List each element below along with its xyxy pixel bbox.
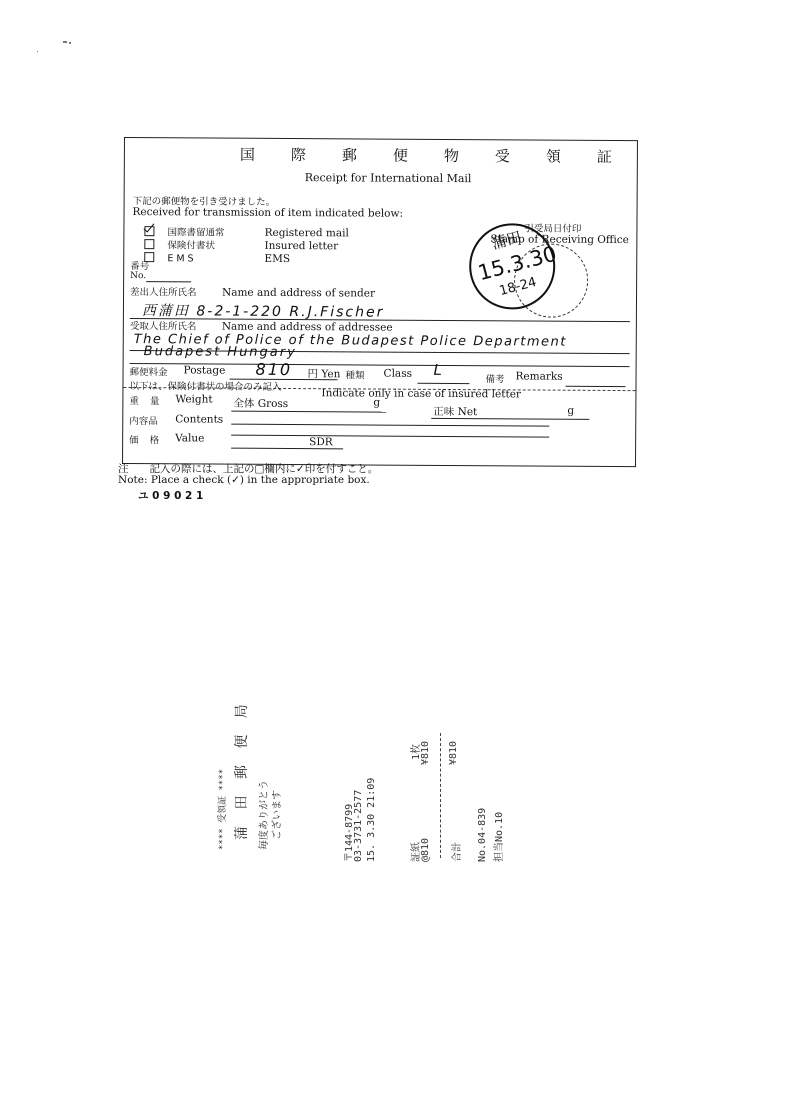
receipt-total-amount: ¥810 xyxy=(448,741,459,765)
postage-value[interactable]: 810 xyxy=(256,360,293,379)
value-label-en: Value xyxy=(175,432,204,444)
contents-field[interactable] xyxy=(231,424,549,427)
cash-register-receipt: **** 受領証 **** 蒲 田 郵 便 局 毎度ありがとう ございます 〒1… xyxy=(215,830,505,990)
item-type-ems[interactable]: EMS EMS xyxy=(144,246,290,266)
insured-note-en: Indicate only in case of insured letter xyxy=(321,387,521,400)
gross-label: 全体 Gross xyxy=(233,396,288,411)
international-mail-receipt-form: 国際郵便物受領証 Receipt for International Mail … xyxy=(122,137,638,467)
gross-unit: g xyxy=(373,397,380,409)
form-title-jp: 国際郵便物受領証 xyxy=(240,144,648,167)
postage-label-jp: 郵便料金 xyxy=(130,364,168,378)
receipt-item-unit-price: @810 xyxy=(420,838,431,862)
addressee-label-jp: 受取人住所氏名 xyxy=(130,318,197,332)
intro-en: Received for transmission of item indica… xyxy=(133,206,404,220)
weight-label-en: Weight xyxy=(175,393,212,405)
class-line xyxy=(417,383,469,384)
scan-speck xyxy=(37,51,38,52)
weight-label-jp: 重 量 xyxy=(129,393,163,407)
receipt-office: 蒲 田 郵 便 局 xyxy=(231,698,251,840)
gross-field[interactable] xyxy=(231,411,386,413)
remarks-label-jp: 備考 xyxy=(485,371,504,385)
note-en: Note: Place a check (✓) in the appropria… xyxy=(118,474,370,486)
receipt-divider xyxy=(440,733,441,858)
addressee-label-en: Name and address of addressee xyxy=(222,321,393,334)
postmark-stamp: 蒲田 15.3.30 18-24 xyxy=(469,223,556,310)
class-label-jp: 種類 xyxy=(346,367,365,381)
postage-label-en: Postage xyxy=(184,364,226,376)
sender-label-en: Name and address of sender xyxy=(222,287,375,300)
remarks-field[interactable] xyxy=(565,386,625,387)
value-label-jp: 価 格 xyxy=(129,432,163,446)
class-label-en: Class xyxy=(384,368,413,380)
receipt-clerk-number: 担当No.10 xyxy=(490,812,505,862)
form-title-en: Receipt for International Mail xyxy=(305,171,472,185)
receipt-total-label: 合計 xyxy=(448,842,463,862)
scan-speck xyxy=(63,41,67,43)
yen-label: 円 Yen xyxy=(308,366,341,381)
receipt-greeting-2: ございます xyxy=(268,790,283,840)
value-unit: SDR xyxy=(309,436,333,448)
net-label: 正味 Net xyxy=(433,404,477,419)
receipt-item-amount: ¥810 xyxy=(420,741,431,765)
class-value[interactable]: L xyxy=(434,361,444,379)
net-unit: g xyxy=(567,405,574,417)
insured-note-jp: 以下は、保険付書状の場合のみ記入 xyxy=(129,378,281,393)
receipt-number: No.04-839 xyxy=(477,808,488,862)
receipt-phone: 03-3731-2577 xyxy=(353,790,364,862)
contents-field-2 xyxy=(231,435,549,438)
net-field[interactable] xyxy=(431,418,589,420)
number-label-en: No. xyxy=(130,271,146,281)
contents-label-en: Contents xyxy=(175,413,223,425)
remarks-label-en: Remarks xyxy=(516,370,563,382)
form-code: ユ 0 9 0 2 1 xyxy=(138,488,203,503)
addressee-line2[interactable]: Budapest Hungary xyxy=(144,344,297,360)
scan-speck xyxy=(69,42,71,44)
receipt-header: **** 受領証 **** xyxy=(215,769,228,850)
number-label-jp: 番号 xyxy=(130,258,149,272)
contents-label-jp: 内容品 xyxy=(129,413,158,427)
number-field[interactable] xyxy=(146,281,191,282)
sender-label-jp: 差出人住所氏名 xyxy=(130,284,197,298)
receipt-datetime: 15. 3.30 21:09 xyxy=(366,778,377,862)
